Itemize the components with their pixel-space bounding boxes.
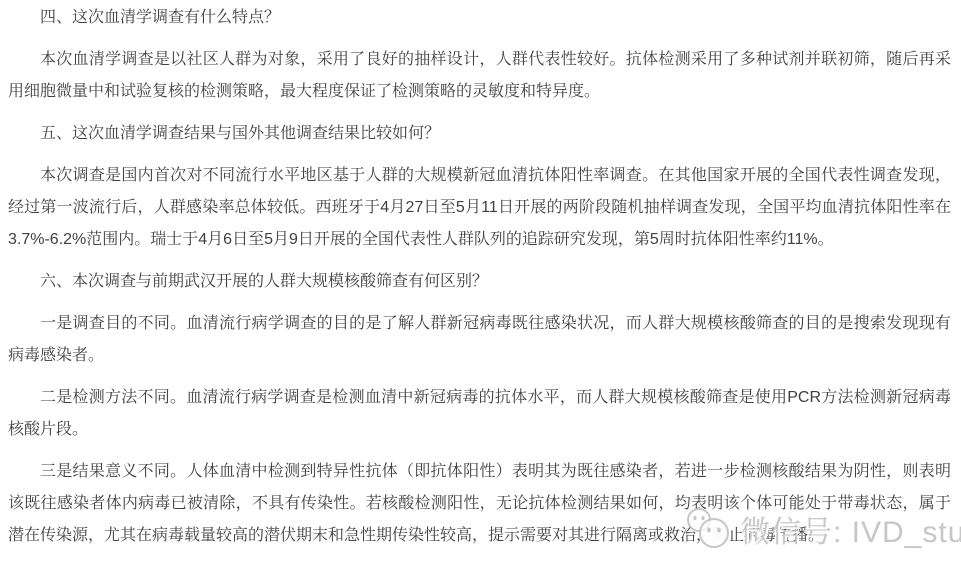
question-heading-5: 五、这次血清学调查结果与国外其他调查结果比较如何？: [8, 118, 951, 150]
paragraph-answer-5: 本次调查是国内首次对不同流行水平地区基于人群的大规模新冠血清抗体阳性率调查。在其…: [8, 160, 951, 256]
article-body: 四、这次血清学调查有什么特点？ 本次血清学调查是以社区人群为对象，采用了良好的抽…: [0, 0, 961, 552]
paragraph-answer-6-point-2: 二是检测方法不同。血清流行病学调查是检测血清中新冠病毒的抗体水平，而人群大规模核…: [8, 382, 951, 446]
paragraph-answer-4: 本次血清学调查是以社区人群为对象，采用了良好的抽样设计，人群代表性较好。抗体检测…: [8, 44, 951, 108]
question-heading-4: 四、这次血清学调查有什么特点？: [8, 2, 951, 34]
paragraph-answer-6-point-3: 三是结果意义不同。人体血清中检测到特异性抗体（即抗体阳性）表明其为既往感染者，若…: [8, 456, 951, 552]
paragraph-answer-6-point-1: 一是调查目的不同。血清流行病学调查的目的是了解人群新冠病毒既往感染状况，而人群大…: [8, 308, 951, 372]
question-heading-6: 六、本次调查与前期武汉开展的人群大规模核酸筛查有何区别？: [8, 266, 951, 298]
